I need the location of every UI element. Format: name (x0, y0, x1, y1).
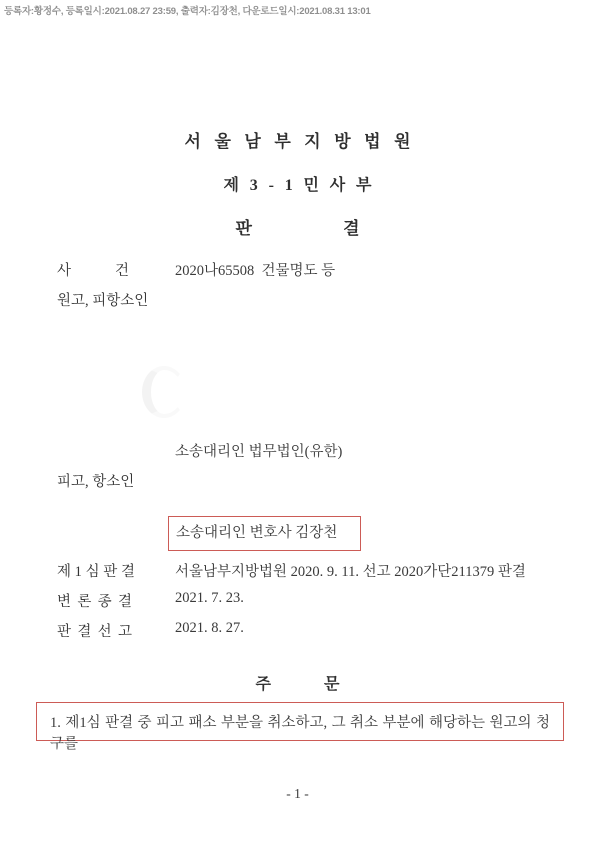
division-text: 제 3 - 1 민 사 부 (224, 172, 372, 195)
hearing-closed-value: 2021. 7. 23. (175, 590, 244, 607)
order-heading-text: 주 문 (256, 671, 340, 694)
page-number: - 1 - (0, 786, 595, 802)
hearing-closed-label: 변 론 종 결 (57, 590, 132, 611)
court-name-heading: 서 울 남 부 지 방 법 원 (0, 127, 595, 152)
judgment-date-label: 판 결 선 고 (57, 620, 132, 641)
judgment-date-row: 판 결 선 고 2021. 8. 27. (57, 620, 132, 641)
case-number-label: 사 건 (57, 259, 129, 280)
order-item-text: 1. 제1심 판결 중 피고 패소 부분을 취소하고, 그 취소 부분에 해당하… (37, 703, 563, 753)
court-judgment-page: 등록자:황정수, 등록일시:2021.08.27 23:59, 출력자:김장천,… (0, 0, 595, 842)
first-trial-row: 제 1 심 판 결 서울남부지방법원 2020. 9. 11. 선고 2020가… (57, 560, 135, 581)
order-item-highlight-box: 1. 제1심 판결 중 피고 패소 부분을 취소하고, 그 취소 부분에 해당하… (36, 702, 564, 741)
defendant-counsel-highlight-box: 소송대리인 변호사 김장천 (168, 516, 361, 551)
order-heading: 주 문 (0, 671, 595, 694)
case-number-row: 사 건 2020나65508 건물명도 등 (57, 259, 129, 280)
hearing-closed-row: 변 론 종 결 2021. 7. 23. (57, 590, 132, 611)
defendant-role-row: 피고, 항소인 (57, 470, 134, 491)
print-registration-header: 등록자:황정수, 등록일시:2021.08.27 23:59, 출력자:김장천,… (4, 3, 371, 17)
plaintiff-role-label: 원고, 피항소인 (57, 293, 148, 309)
defendant-role-label: 피고, 항소인 (57, 474, 134, 490)
first-trial-label: 제 1 심 판 결 (57, 560, 135, 581)
document-type-text: 판 결 (236, 214, 360, 239)
plaintiff-counsel-text: 소송대리인 법무법인(유한) (175, 440, 342, 461)
judgment-date-value: 2021. 8. 27. (175, 620, 244, 637)
first-trial-value: 서울남부지방법원 2020. 9. 11. 선고 2020가단211379 판결 (175, 560, 526, 581)
plaintiff-role-row: 원고, 피항소인 (57, 289, 148, 310)
defendant-counsel-text: 소송대리인 변호사 김장천 (169, 517, 360, 549)
division-heading: 제 3 - 1 민 사 부 (0, 172, 595, 195)
case-number-value: 2020나65508 건물명도 등 (175, 259, 335, 280)
court-name-text: 서 울 남 부 지 방 법 원 (185, 127, 411, 152)
document-type-heading: 판 결 (0, 214, 595, 239)
scan-watermark-crescent (142, 366, 186, 418)
